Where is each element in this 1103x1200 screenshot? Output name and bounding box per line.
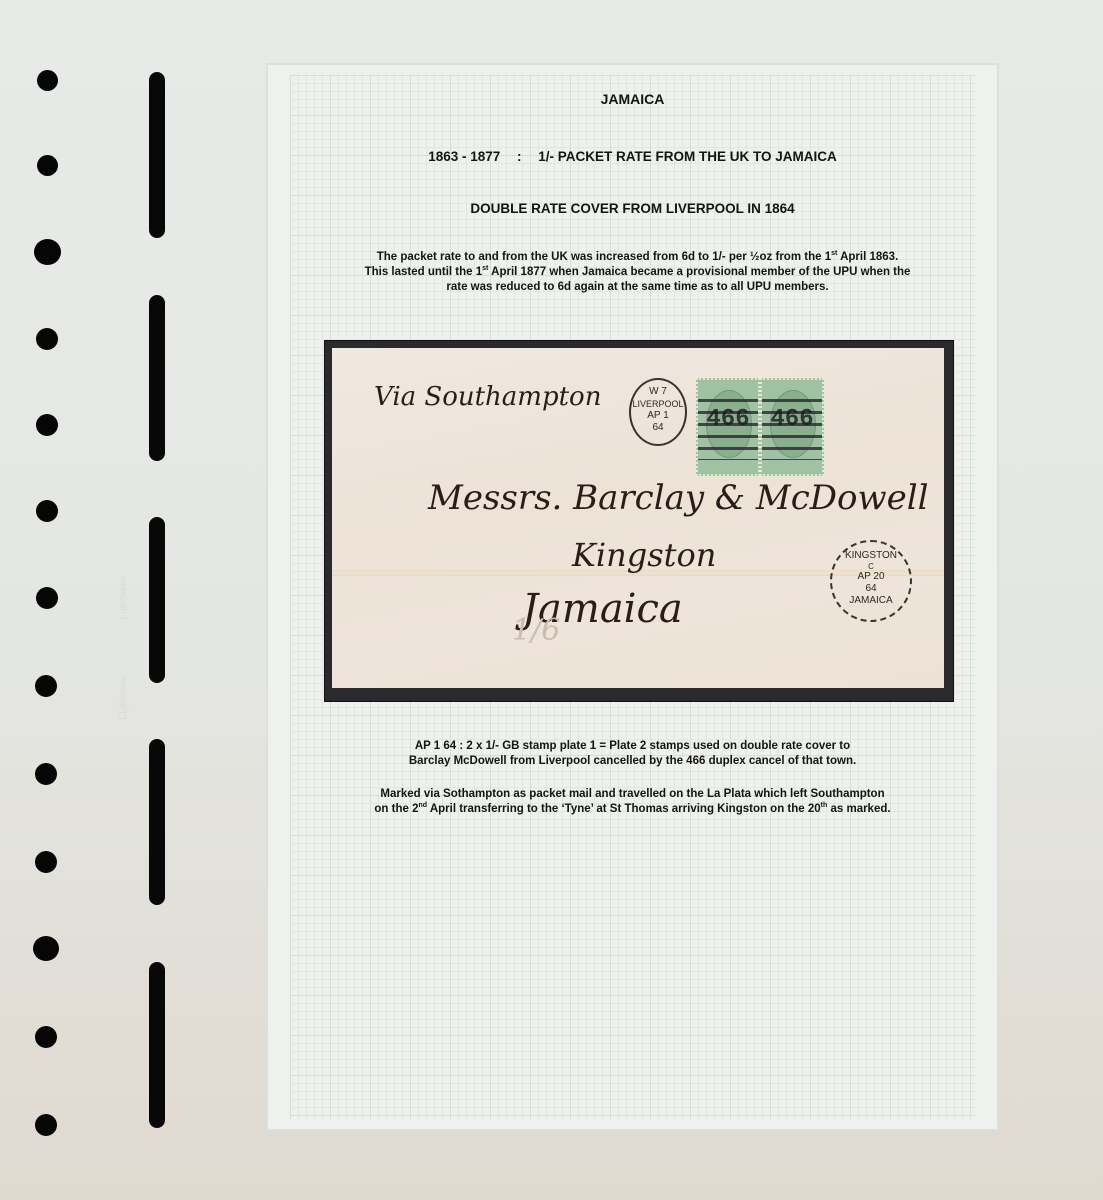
kingston-postmark: KINGSTON C AP 20 64 JAMAICA xyxy=(830,540,912,622)
binder-slot xyxy=(149,72,165,238)
punch-hole xyxy=(36,500,58,522)
period-range: 1863 - 1877 xyxy=(428,149,500,164)
manuscript-addressee: Messrs. Barclay & McDowell xyxy=(428,478,929,518)
watermark-text: Lighthouse xyxy=(118,575,129,620)
manuscript-town: Kingston xyxy=(572,536,716,574)
binder-slot xyxy=(149,962,165,1128)
cover-mount: Via Southampton Messrs. Barclay & McDowe… xyxy=(324,340,954,702)
subtitle: DOUBLE RATE COVER FROM LIVERPOOL IN 1864 xyxy=(268,201,997,216)
punch-hole xyxy=(35,1026,57,1048)
binder-slot xyxy=(149,295,165,461)
period-heading: 1863 - 1877:1/- PACKET RATE FROM THE UK … xyxy=(268,149,997,164)
punch-hole xyxy=(35,1114,57,1136)
duplex-number: 466 xyxy=(698,406,758,433)
page-title: JAMAICA xyxy=(268,91,997,107)
postal-cover: Via Southampton Messrs. Barclay & McDowe… xyxy=(332,348,944,688)
period-separator: : xyxy=(500,149,538,164)
binder-slot xyxy=(149,739,165,905)
duplex-number: 466 xyxy=(762,406,822,433)
liverpool-postmark: W 7 LIVERPOOL AP 1 64 xyxy=(629,378,687,446)
punch-hole xyxy=(35,675,57,697)
rate-title: 1/- PACKET RATE FROM THE UK TO JAMAICA xyxy=(538,149,837,164)
punch-hole xyxy=(37,70,58,91)
manuscript-via: Via Southampton xyxy=(374,382,601,412)
punch-hole xyxy=(34,239,61,265)
punch-hole xyxy=(33,936,59,961)
intro-paragraph: The packet rate to and from the UK was i… xyxy=(318,250,957,295)
pencil-note: 1/6 xyxy=(512,613,560,648)
stamp-one-shilling: 466 xyxy=(760,378,824,476)
punch-hole xyxy=(37,155,58,176)
watermark-text: Lighthouse xyxy=(118,675,129,720)
punch-hole xyxy=(36,587,58,609)
punch-hole xyxy=(36,414,58,436)
binder-slot xyxy=(149,517,165,683)
route-caption: Marked via Sothampton as packet mail and… xyxy=(308,787,957,817)
punch-hole xyxy=(36,328,58,350)
punch-hole xyxy=(35,851,57,873)
stamp-one-shilling: 466 xyxy=(696,378,760,476)
cover-caption: AP 1 64 : 2 x 1/- GB stamp plate 1 = Pla… xyxy=(268,739,997,769)
punch-hole xyxy=(35,763,57,785)
